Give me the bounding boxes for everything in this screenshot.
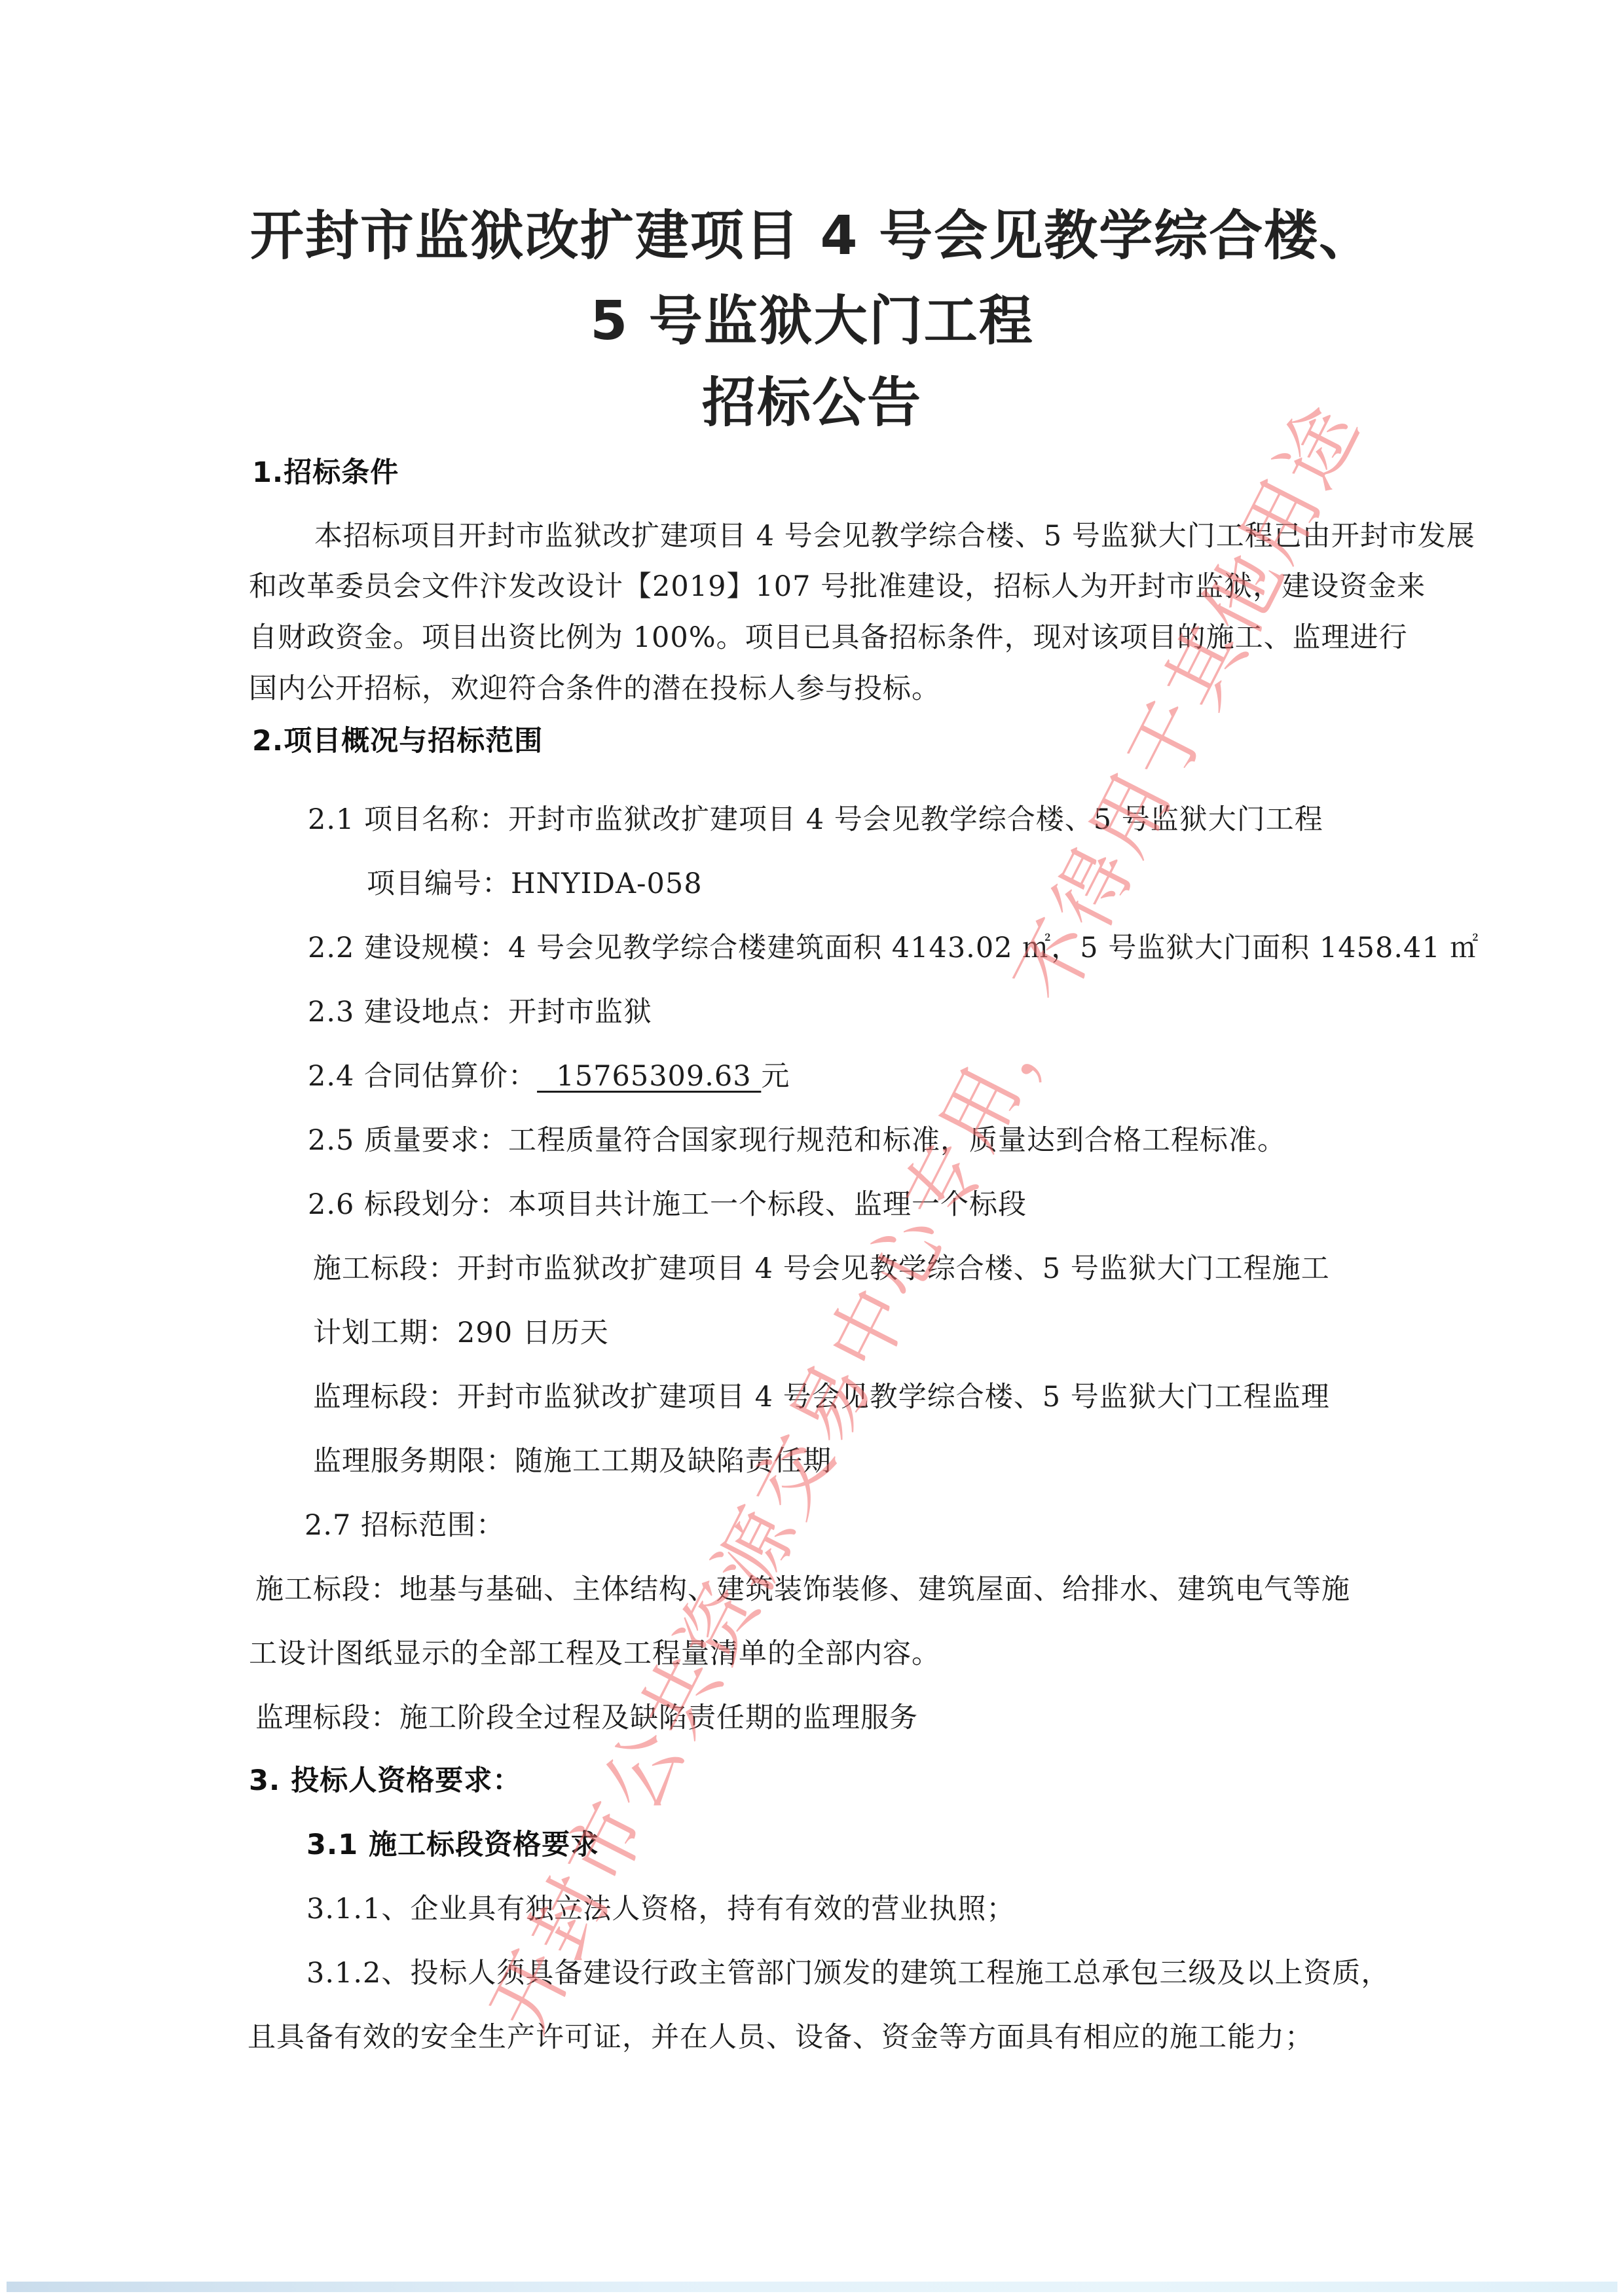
title-line-2: 5 号监狱大门工程	[0, 278, 1624, 355]
planned-duration: 计划工期：290 日历天	[313, 1311, 609, 1351]
item-2-3-location: 2.3 建设地点：开封市监狱	[308, 990, 652, 1030]
section-1-heading: 1.招标条件	[252, 450, 399, 490]
section-1-para-line-4: 国内公开招标，欢迎符合条件的潜在投标人参与投标。	[249, 666, 940, 706]
section-1-para-line-2: 和改革委员会文件汴发改设计【2019】107 号批准建设，招标人为开封市监狱，建…	[249, 564, 1426, 604]
item-2-5-quality: 2.5 质量要求：工程质量符合国家现行规范和标准，质量达到合格工程标准。	[308, 1118, 1286, 1158]
supervision-lot: 监理标段：开封市监狱改扩建项目 4 号会见教学综合楼、5 号监狱大门工程监理	[313, 1375, 1330, 1415]
contract-estimate-value: 15765309.63	[537, 1060, 761, 1093]
title-line-1: 开封市监狱改扩建项目 4 号会见教学综合楼、	[0, 193, 1624, 270]
item-2-7-scope: 2.7 招标范围：	[304, 1503, 505, 1543]
supervision-period: 监理服务期限：随施工工期及缺陷责任期	[313, 1439, 832, 1479]
item-2-4-estimate: 2.4 合同估算价： 15765309.63 元	[308, 1054, 790, 1094]
scope-construction-line-2: 工设计图纸显示的全部工程及工程量清单的全部内容。	[249, 1631, 940, 1671]
section-2-heading: 2.项目概况与招标范围	[252, 719, 543, 759]
title-line-3: 招标公告	[0, 360, 1624, 437]
item-3-1-1: 3.1.1、企业具有独立法人资格，持有有效的营业执照；	[306, 1887, 1015, 1927]
subsection-3-1-heading: 3.1 施工标段资格要求	[306, 1823, 599, 1863]
construction-lot: 施工标段：开封市监狱改扩建项目 4 号会见教学综合楼、5 号监狱大门工程施工	[313, 1247, 1330, 1286]
scope-construction-line-1: 施工标段：地基与基础、主体结构、建筑装饰装修、建筑屋面、给排水、建筑电气等施	[255, 1567, 1350, 1607]
document-page: 开封市监狱改扩建项目 4 号会见教学综合楼、 5 号监狱大门工程 招标公告 1.…	[0, 0, 1624, 2296]
item-3-1-2-line-2: 且具备有效的安全生产许可证，并在人员、设备、资金等方面具有相应的施工能力；	[248, 2015, 1314, 2055]
item-2-2-scale: 2.2 建设规模：4 号会见教学综合楼建筑面积 4143.02 ㎡，5 号监狱大…	[308, 926, 1479, 966]
item-3-1-2-line-1: 3.1.2、投标人须具备建设行政主管部门颁发的建筑工程施工总承包三级及以上资质，	[306, 1951, 1390, 1991]
item-2-6-lots: 2.6 标段划分：本项目共计施工一个标段、监理一个标段	[308, 1182, 1027, 1222]
currency-unit: 元	[761, 1060, 790, 1093]
section-1-para-line-3: 自财政资金。项目出资比例为 100%。项目已具备招标条件，现对该项目的施工、监理…	[249, 615, 1408, 655]
project-number: 项目编号：HNYIDA-058	[367, 862, 703, 902]
section-1-para-line-1: 本招标项目开封市监狱改扩建项目 4 号会见教学综合楼、5 号监狱大门工程已由开封…	[314, 514, 1475, 554]
section-3-heading: 3. 投标人资格要求：	[249, 1758, 521, 1798]
item-2-4-label: 2.4 合同估算价：	[308, 1060, 537, 1093]
item-2-1-project-name: 2.1 项目名称：开封市监狱改扩建项目 4 号会见教学综合楼、5 号监狱大门工程	[308, 797, 1323, 837]
scope-supervision: 监理标段：施工阶段全过程及缺陷责任期的监理服务	[255, 1696, 918, 1736]
scan-edge-bar	[7, 2282, 1617, 2292]
